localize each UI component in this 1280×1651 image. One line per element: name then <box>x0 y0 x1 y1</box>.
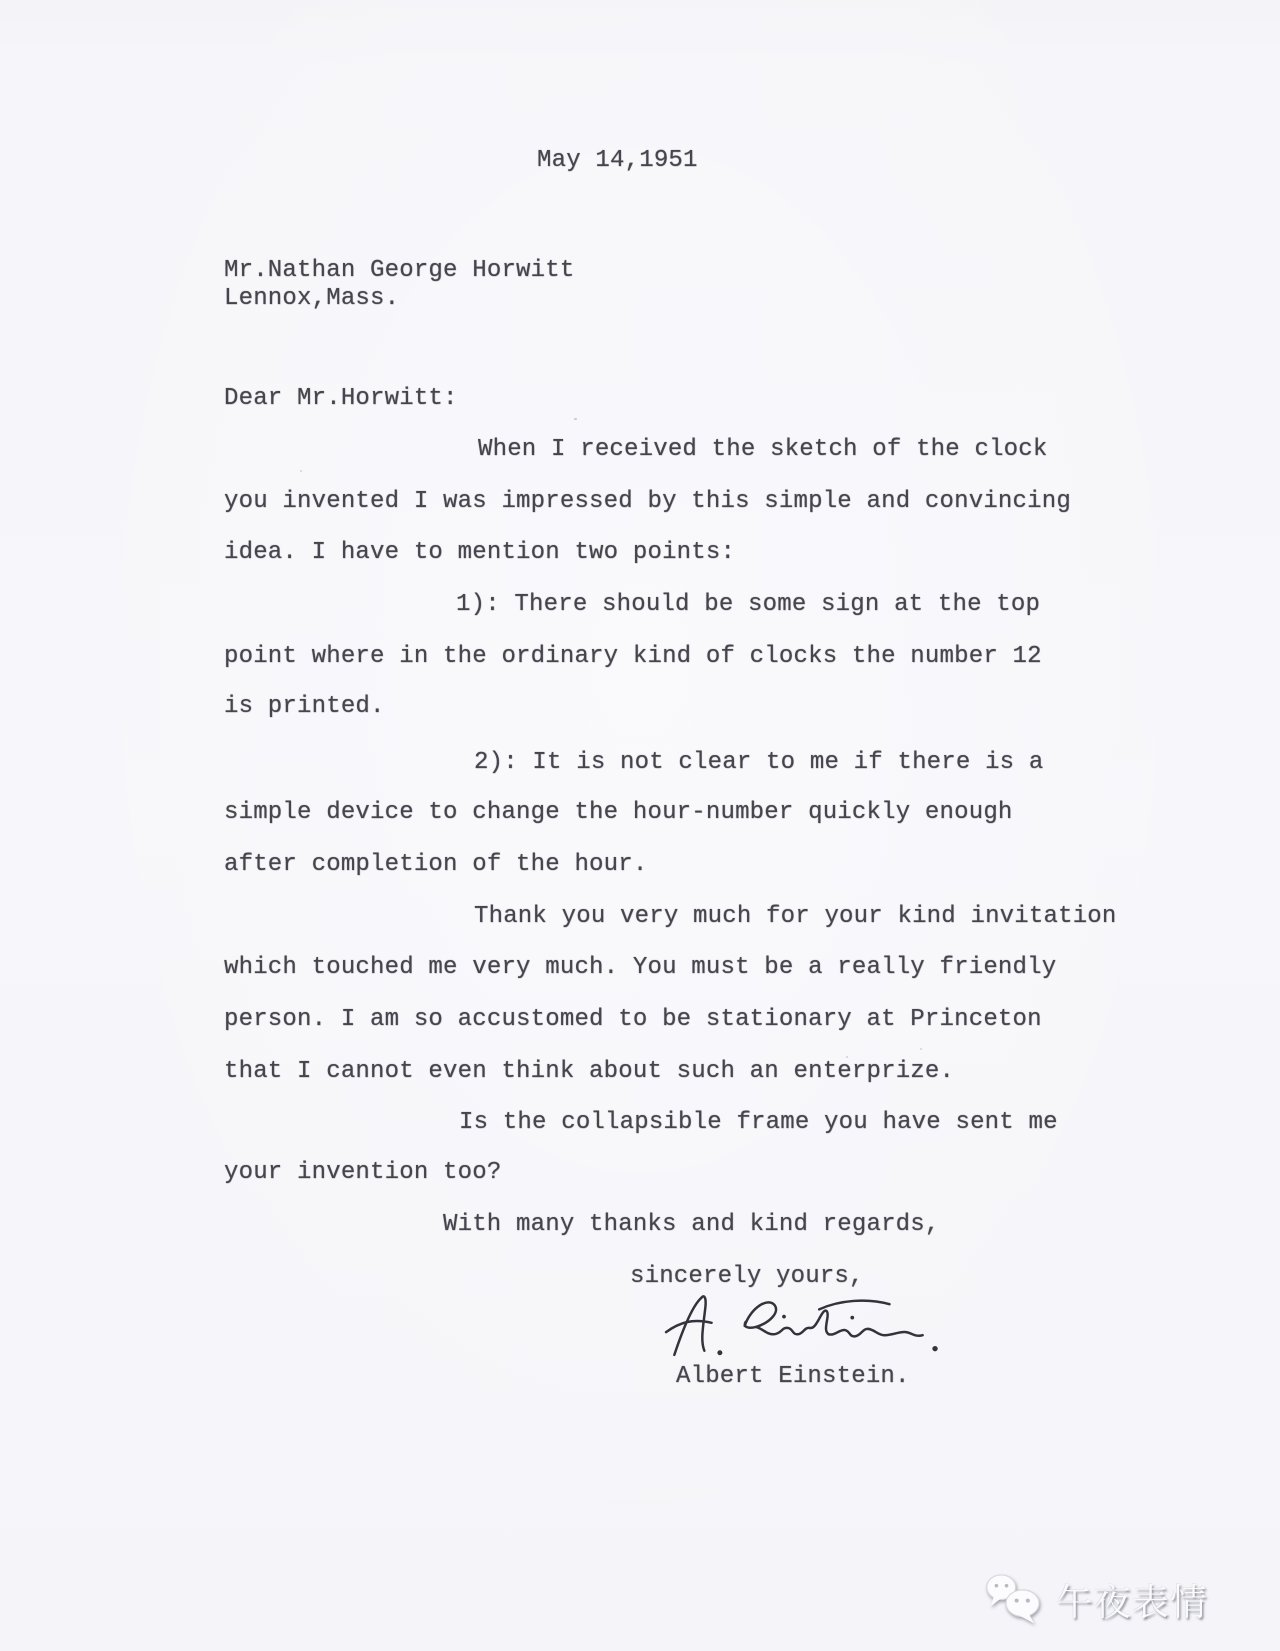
paper-speck <box>920 1048 922 1050</box>
closing-line: With many thanks and kind regards, <box>443 1212 939 1238</box>
body-line: When I received the sketch of the clock <box>478 437 1048 463</box>
body-line: which touched me very much. You must be … <box>224 955 1056 981</box>
body-line: 2): It is not clear to me if there is a <box>474 750 1044 776</box>
body-line: 1): There should be some sign at the top <box>456 592 1040 618</box>
signature-einstein <box>664 1288 964 1370</box>
body-line: after completion of the hour. <box>224 852 647 878</box>
body-line: Is the collapsible frame you have sent m… <box>459 1110 1058 1136</box>
paper-speck <box>300 470 302 472</box>
body-line: person. I am so accustomed to be station… <box>224 1007 1042 1033</box>
watermark: 午夜表情 <box>982 1572 1208 1626</box>
paper-speck <box>846 1056 848 1058</box>
body-line: point where in the ordinary kind of cloc… <box>224 644 1042 670</box>
body-line: simple device to change the hour-number … <box>224 800 1013 826</box>
signoff-line: sincerely yours, <box>630 1264 864 1290</box>
body-line: Thank you very much for your kind invita… <box>474 904 1117 930</box>
paper-speck <box>574 418 577 420</box>
watermark-text: 午夜表情 <box>1056 1572 1208 1626</box>
body-line: your invention too? <box>224 1160 501 1186</box>
body-line: idea. I have to mention two points: <box>224 540 735 566</box>
recipient-name: Mr.Nathan George Horwitt <box>224 257 574 285</box>
typed-signature-name: Albert Einstein. <box>676 1364 910 1390</box>
salutation: Dear Mr.Horwitt: <box>224 386 458 412</box>
body-line: is printed. <box>224 694 385 720</box>
body-line: you invented I was impressed by this sim… <box>224 489 1071 515</box>
body-line: that I cannot even think about such an e… <box>224 1059 954 1085</box>
letter-page: May 14,1951 Mr.Nathan George Horwitt Len… <box>0 0 1280 1651</box>
letter-date: May 14,1951 <box>537 148 698 174</box>
wechat-icon <box>982 1572 1046 1626</box>
recipient-address: Lennox,Mass. <box>224 285 399 313</box>
